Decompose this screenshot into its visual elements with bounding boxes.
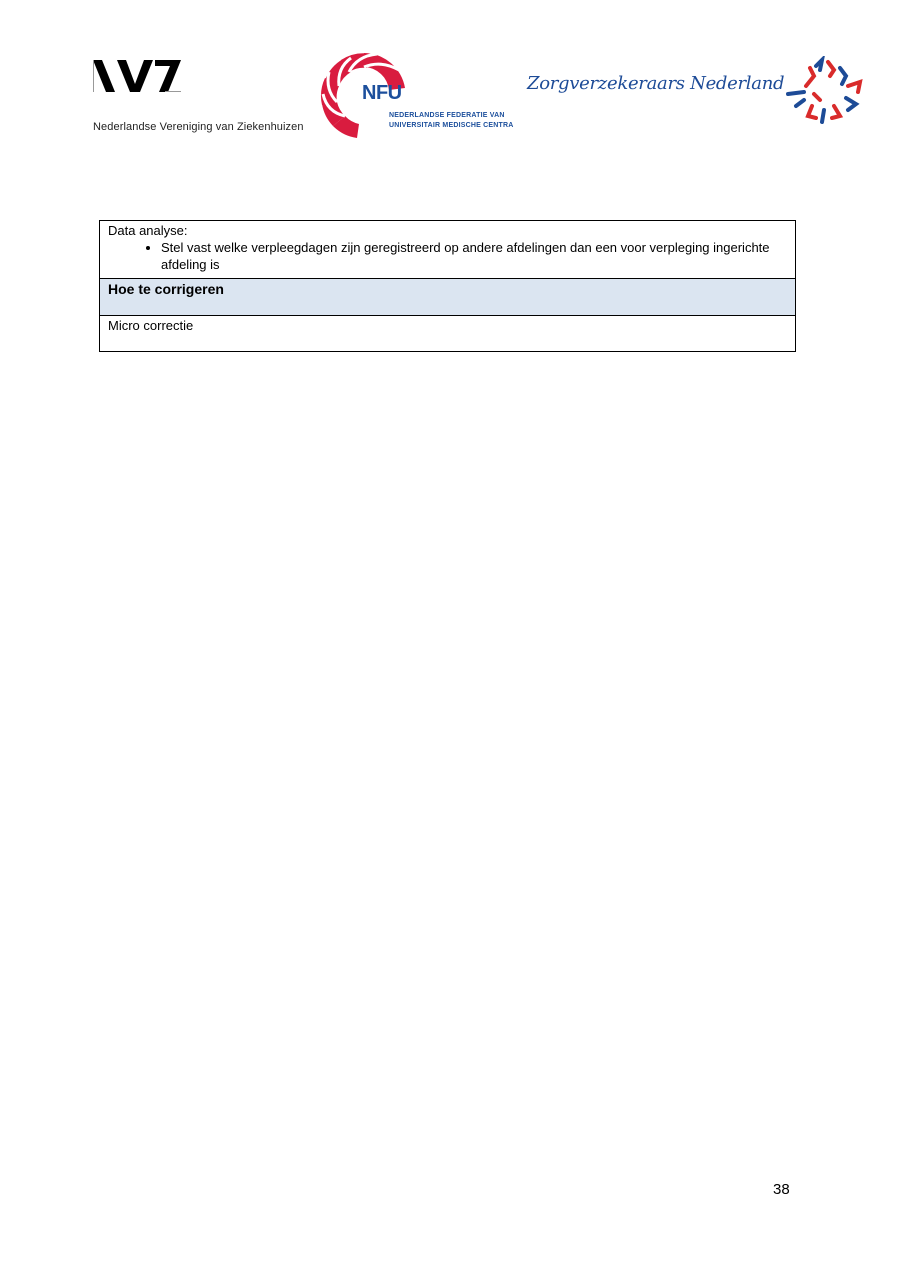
correction-text: Micro correctie (100, 316, 796, 352)
bullet-item: Stel vast welke verpleegdagen zijn gereg… (161, 239, 787, 273)
section-header-hoe-te-corrigeren: Hoe te corrigeren (100, 279, 796, 316)
data-table: Data analyse: Stel vast welke verpleegda… (99, 220, 796, 352)
nvz-logo (93, 60, 181, 92)
analysis-bullet-list: Stel vast welke verpleegdagen zijn gereg… (108, 239, 787, 273)
row-correction: Micro correctie (100, 316, 796, 352)
page-number: 38 (773, 1181, 790, 1198)
nvz-name: Nederlandse Vereniging van Ziekenhuizen (93, 121, 304, 133)
data-analysis-label: Data analyse: (108, 223, 787, 238)
nfu-acronym: NFU (362, 82, 402, 105)
row-section-header: Hoe te corrigeren (100, 279, 796, 316)
nfu-line-1: NEDERLANDSE FEDERATIE VAN (389, 112, 505, 119)
zn-figures-logo (784, 56, 866, 126)
cell-data-analysis: Data analyse: Stel vast welke verpleegda… (100, 221, 796, 279)
zn-name: Zorgverzekeraars Nederland (527, 73, 784, 94)
row-data-analysis: Data analyse: Stel vast welke verpleegda… (100, 221, 796, 279)
nfu-line-2: UNIVERSITAIR MEDISCHE CENTRA (389, 122, 513, 129)
